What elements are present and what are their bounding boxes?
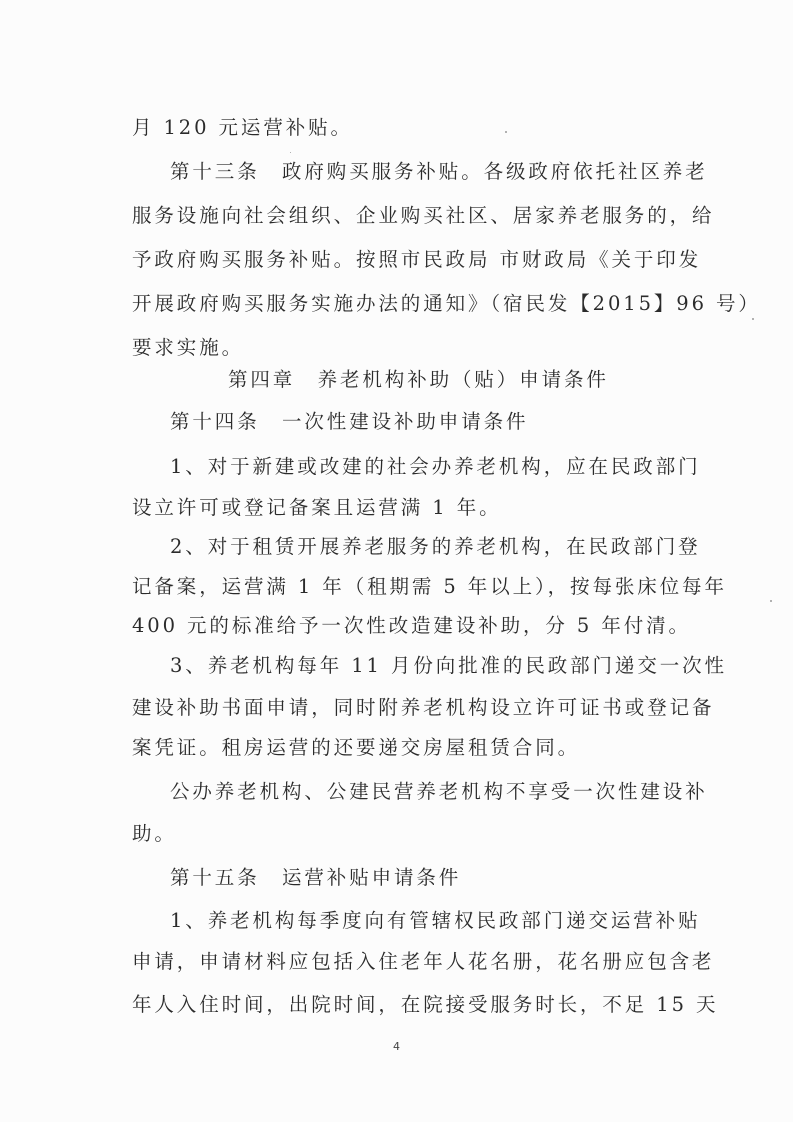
paragraph-line: 月 120 元运营补贴。 xyxy=(132,116,353,140)
paragraph-line: 予政府购买服务补贴。按照市民政局 市财政局《关于印发 xyxy=(132,248,701,272)
scan-speck xyxy=(752,318,754,320)
paragraph-line: 设立许可或登记备案且运营满 1 年。 xyxy=(132,496,502,520)
paragraph-line: 助。 xyxy=(132,822,177,846)
article-14-heading: 第十四条 一次性建设补助申请条件 xyxy=(170,410,528,434)
paragraph-line: 400 元的标准给予一次性改造建设补助，分 5 年付清。 xyxy=(132,614,691,638)
article-13-heading-line: 第十三条 政府购买服务补贴。各级政府依托社区养老 xyxy=(170,160,708,184)
chapter-4-heading: 第四章 养老机构补助（贴）申请条件 xyxy=(228,368,609,392)
paragraph-line: 1、对于新建或改建的社会办养老机构，应在民政部门 xyxy=(170,455,701,479)
scan-speck xyxy=(505,131,507,133)
article-15-heading: 第十五条 运营补贴申请条件 xyxy=(170,866,461,890)
document-page: 月 120 元运营补贴。 第十三条 政府购买服务补贴。各级政府依托社区养老 服务… xyxy=(0,0,793,1122)
paragraph-line: 3、养老机构每年 11 月份向批准的民政部门递交一次性 xyxy=(170,654,727,678)
paragraph-line: 要求实施。 xyxy=(132,336,244,360)
page-number: 4 xyxy=(393,1040,400,1053)
paragraph-line: 建设补助书面申请，同时附养老机构设立许可证书或登记备 xyxy=(132,696,714,720)
paragraph-line: 案凭证。租房运营的还要递交房屋租赁合同。 xyxy=(132,736,580,760)
scan-speck xyxy=(290,152,291,153)
paragraph-line: 开展政府购买服务实施办法的通知》（宿民发【2015】96 号） xyxy=(132,292,761,316)
paragraph-line: 年人入住时间，出院时间，在院接受服务时长，不足 15 天 xyxy=(132,993,718,1017)
paragraph-line: 申请，申请材料应包括入住老年人花名册，花名册应包含老 xyxy=(132,950,714,974)
paragraph-line: 服务设施向社会组织、企业购买社区、居家养老服务的，给 xyxy=(132,204,714,228)
paragraph-line: 记备案，运营满 1 年（租期需 5 年以上），按每张床位每年 xyxy=(132,575,727,599)
paragraph-line: 1、养老机构每季度向有管辖权民政部门递交运营补贴 xyxy=(170,909,701,933)
paragraph-line: 公办养老机构、公建民营养老机构不享受一次性建设补 xyxy=(170,780,708,804)
paragraph-line: 2、对于租赁开展养老服务的养老机构，在民政部门登 xyxy=(170,535,701,559)
scan-speck xyxy=(770,600,772,602)
